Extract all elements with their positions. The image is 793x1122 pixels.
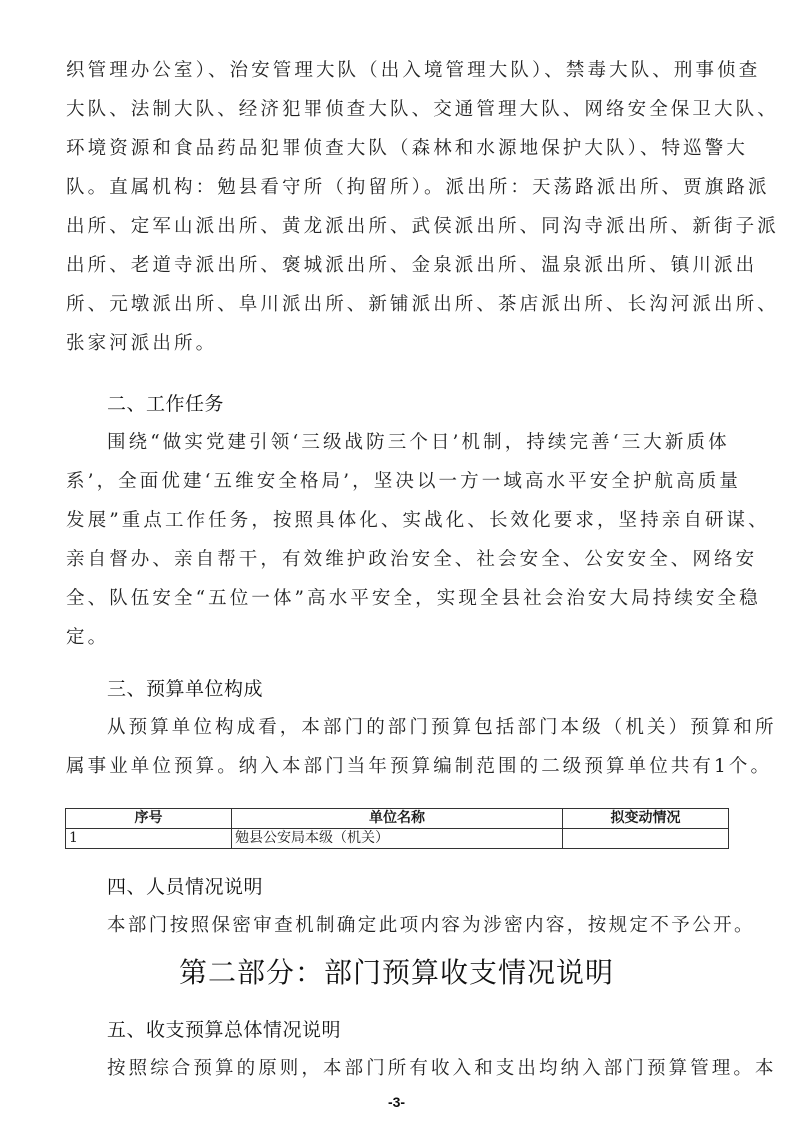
budget-units-table: 序号 单位名称 拟变动情况 1 勉县公安局本级（机关） (65, 808, 729, 849)
section-heading-personnel: 四、人员情况说明 (107, 875, 263, 899)
section-heading-budget-overview: 五、收支预算总体情况说明 (107, 1018, 341, 1042)
table-row: 1 勉县公安局本级（机关） (66, 829, 729, 849)
body-text-line: 系’，全面优建‘五维安全格局’，坚决以一方一域高水平安全护航高质量 (66, 471, 728, 493)
body-text-line: 队。直属机构：勉县看守所（拘留所）。派出所：天荡路派出所、贾旗路派 (66, 177, 728, 199)
table-cell-planned-change (562, 829, 728, 849)
body-text-line: 所、元墩派出所、阜川派出所、新铺派出所、茶店派出所、长沟河派出所、 (66, 294, 728, 316)
document-page: 织管理办公室）、治安管理大队（出入境管理大队）、禁毒大队、刑事侦查 大队、法制大… (0, 0, 793, 1122)
body-text-line: 织管理办公室）、治安管理大队（出入境管理大队）、禁毒大队、刑事侦查 (66, 60, 728, 82)
body-text-line: 定。 (66, 627, 728, 649)
body-text-line: 按照综合预算的原则，本部门所有收入和支出均纳入部门预算管理。本 (107, 1058, 728, 1080)
table-header-index: 序号 (66, 809, 232, 829)
table-cell-index: 1 (66, 829, 232, 849)
part-title: 第二部分：部门预算收支情况说明 (0, 955, 793, 991)
body-text-line: 张家河派出所。 (66, 333, 728, 355)
body-text-line: 环境资源和食品药品犯罪侦查大队（森林和水源地保护大队）、特巡警大 (66, 138, 728, 160)
section-heading-budget-units: 三、预算单位构成 (107, 677, 263, 701)
body-text-line: 出所、定军山派出所、黄龙派出所、武侯派出所、同沟寺派出所、新街子派 (66, 216, 728, 238)
body-text-line: 发展”重点工作任务，按照具体化、实战化、长效化要求，坚持亲自研谋、 (66, 510, 728, 532)
page-number: -3- (0, 1094, 793, 1110)
body-text-line: 本部门按照保密审查机制确定此项内容为涉密内容，按规定不予公开。 (107, 915, 728, 937)
table-header-unit-name: 单位名称 (232, 809, 563, 829)
body-text-line: 出所、老道寺派出所、褒城派出所、金泉派出所、温泉派出所、镇川派出 (66, 255, 728, 277)
table-cell-unit-name: 勉县公安局本级（机关） (232, 829, 563, 849)
body-text-line: 大队、法制大队、经济犯罪侦查大队、交通管理大队、网络安全保卫大队、 (66, 99, 728, 121)
table-header-planned-change: 拟变动情况 (562, 809, 728, 829)
table-header-row: 序号 单位名称 拟变动情况 (66, 809, 729, 829)
body-text-line: 从预算单位构成看，本部门的部门预算包括部门本级（机关）预算和所 (107, 717, 728, 739)
body-text-line: 亲自督办、亲自帮干，有效维护政治安全、社会安全、公安安全、网络安 (66, 549, 728, 571)
body-text-line: 属事业单位预算。纳入本部门当年预算编制范围的二级预算单位共有1个。 (66, 756, 728, 778)
body-text-line: 全、队伍安全“五位一体”高水平安全，实现全县社会治安大局持续安全稳 (66, 588, 728, 610)
section-heading-work-tasks: 二、工作任务 (107, 392, 224, 416)
body-text-line: 围绕“做实党建引领‘三级战防三个日’机制，持续完善‘三大新质体 (107, 432, 728, 454)
